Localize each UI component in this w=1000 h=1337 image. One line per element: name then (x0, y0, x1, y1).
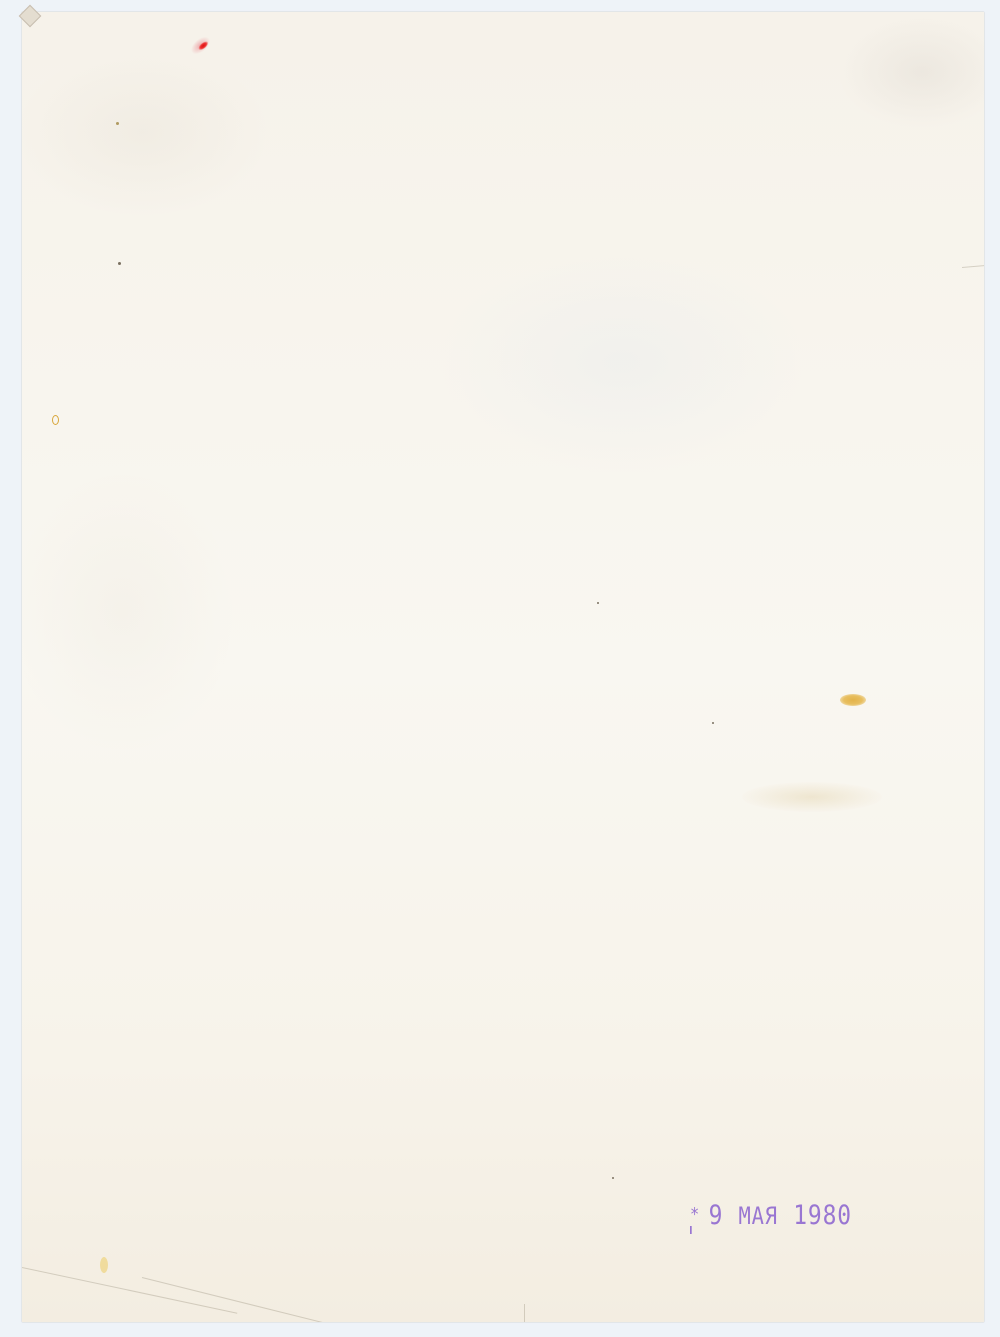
speck (597, 602, 599, 604)
stamp-year: 1980 (793, 1200, 852, 1231)
speck (116, 122, 119, 125)
tear-line (524, 1304, 525, 1322)
crease-line (962, 264, 984, 268)
speck (118, 262, 121, 265)
stamp-month: МАЯ (739, 1202, 778, 1230)
scan-background: * 9 МАЯ 1980 (0, 0, 1000, 1337)
small-ring-mark (52, 415, 59, 425)
paper-sheet (22, 12, 984, 1322)
stamp-tick (690, 1226, 692, 1234)
red-ink-mark (166, 20, 222, 74)
yellow-stain (840, 694, 866, 706)
date-stamp: * 9 МАЯ 1980 (690, 1200, 852, 1231)
small-yellow-stain (100, 1257, 108, 1273)
speck (712, 722, 714, 724)
crease-line (22, 1267, 237, 1314)
speck (612, 1177, 614, 1179)
stamp-day: 9 (709, 1200, 724, 1231)
stamp-star: * (690, 1204, 700, 1225)
faint-stain (742, 782, 882, 812)
